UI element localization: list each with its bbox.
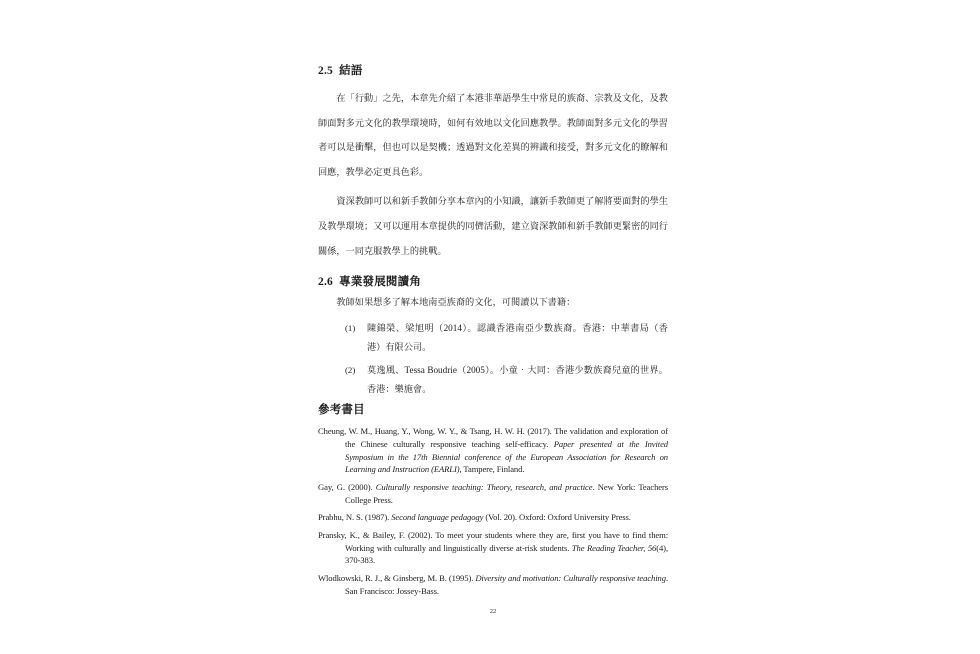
section-heading-reading-corner: 2.6 專業發展閱讀角 [318,275,668,289]
reference-segment: , Tampere, Finland. [459,464,524,474]
reference-entry: Prabhu, N. S. (1987). Second language pe… [318,511,668,524]
references-heading: 參考書目 [318,403,668,417]
reference-entry: Gay, G. (2000). Culturally responsive te… [318,481,668,506]
list-item-text: 陳錦榮、梁旭明（2014）。認識香港南亞少數族裔。香港：中華書局（香港）有限公司… [367,319,668,357]
page-number: 22 [318,608,668,616]
reference-segment: (Vol. 20). Oxford: Oxford University Pre… [483,512,631,522]
document-page: 2.5 結語 在「行動」之先，本章先介紹了本港非華語學生中常見的族裔、宗教及文化… [0,0,980,654]
reading-list-intro: 教師如果想多了解本地南亞族裔的文化，可閱讀以下書籍： [318,291,668,313]
reference-segment-italic: The Reading Teacher, 56 [572,543,656,553]
page-content: 2.5 結語 在「行動」之先，本章先介紹了本港非華語學生中常見的族裔、宗教及文化… [318,64,668,603]
conclusion-paragraph-1: 在「行動」之先，本章先介紹了本港非華語學生中常見的族裔、宗教及文化，及教師面對多… [318,86,668,184]
reference-segment-italic: Culturally responsive teaching: Theory, … [376,482,593,492]
reference-segment-italic: Second language pedagogy [391,512,483,522]
section-heading-conclusion: 2.5 結語 [318,64,668,78]
reference-entry: Cheung, W. M., Huang, Y., Wong, W. Y., &… [318,425,668,476]
reference-entry: Wlodkowski, R. J., & Ginsberg, M. B. (19… [318,572,668,597]
conclusion-paragraph-2: 資深教師可以和新手教師分享本章內的小知識，讓新手教師更了解將要面對的學生及教學環… [318,189,668,263]
list-item: (2) 莫逸風、Tessa Boudrie（2005）。小童‧大同：香港少數族裔… [318,361,668,399]
list-item-marker: (2) [345,361,367,399]
list-item: (1) 陳錦榮、梁旭明（2014）。認識香港南亞少數族裔。香港：中華書局（香港）… [318,319,668,357]
reference-list: Cheung, W. M., Huang, Y., Wong, W. Y., &… [318,425,668,597]
reference-segment: Wlodkowski, R. J., & Ginsberg, M. B. (19… [318,573,475,583]
reference-segment: Gay, G. (2000). [318,482,376,492]
reference-entry: Pransky, K., & Bailey, F. (2002). To mee… [318,529,668,567]
reference-segment-italic: Diversity and motivation: Culturally res… [475,573,666,583]
list-item-text: 莫逸風、Tessa Boudrie（2005）。小童‧大同：香港少數族裔兒童的世… [367,361,668,399]
reference-segment: Prabhu, N. S. (1987). [318,512,391,522]
list-item-marker: (1) [345,319,367,357]
reading-list: (1) 陳錦榮、梁旭明（2014）。認識香港南亞少數族裔。香港：中華書局（香港）… [318,319,668,399]
